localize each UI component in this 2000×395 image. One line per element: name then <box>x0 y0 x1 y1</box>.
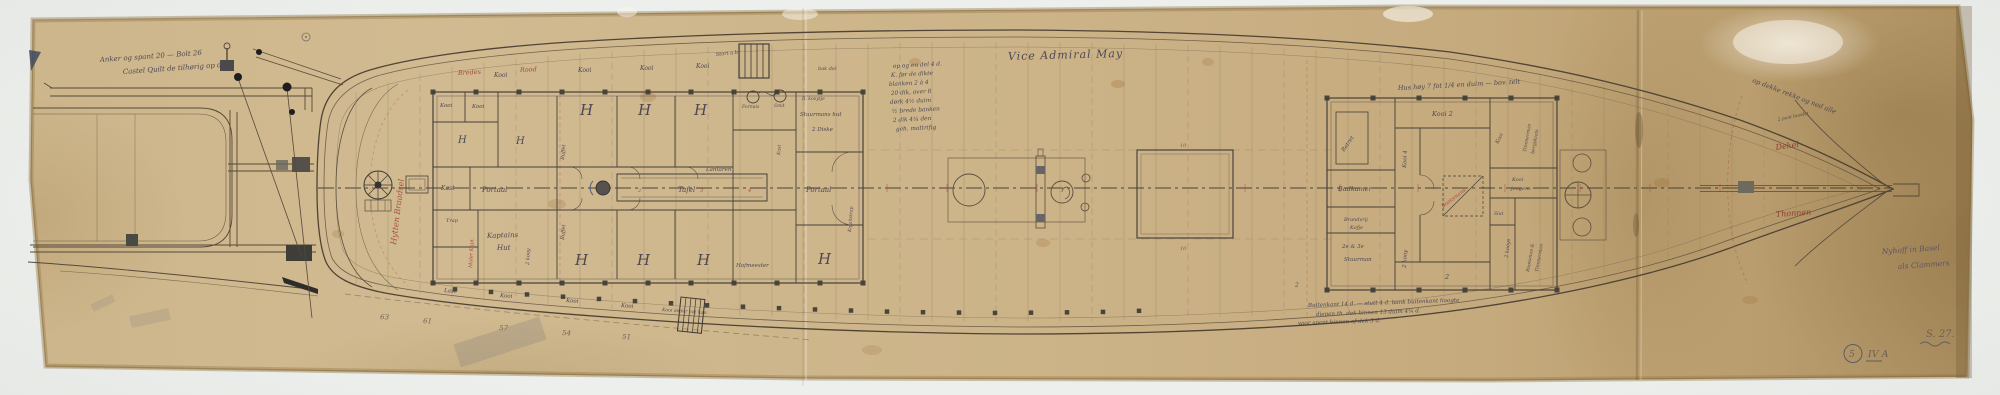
kooys2-label: 2 kooys <box>1504 238 1512 259</box>
maler-label: Maler Kapt. <box>468 237 476 269</box>
portaal-aft-label: Portaal <box>481 186 507 194</box>
stuurman-line1: 2e & 3e <box>1341 244 1365 250</box>
note-line: Buitenkant 14 d. — stutt 4 d. bank buite… <box>1307 298 1460 309</box>
bakdel-label: bak del <box>818 66 837 72</box>
berth-label: Kooi <box>577 67 592 74</box>
stove-circle <box>747 91 759 103</box>
berth-letter: H <box>574 251 589 269</box>
trap-label: Trap <box>446 218 459 224</box>
berth-letter: H <box>515 136 525 147</box>
forecastle-note: Buitenkant 14 d. — stutt 4 d. bank buite… <box>1298 298 1460 327</box>
frame-number: 54 <box>562 329 571 337</box>
hofmeester-label: Hofmeester <box>735 263 769 269</box>
captains-cabin-line2: Hut <box>496 244 511 252</box>
berth-letter: H <box>696 251 711 269</box>
frame-number: 57 <box>499 324 509 332</box>
stuurman-line2: Stuurman <box>1344 257 1372 263</box>
captains-cabin-line1: Kaptains <box>486 231 519 240</box>
main-hatch <box>1137 150 1233 238</box>
signature-line1: Nyhoff in Basel <box>1881 243 1941 256</box>
berth-label: Last <box>443 288 457 295</box>
badkamer-label: Badkamer <box>1337 185 1373 193</box>
blue-corner-mark <box>29 50 41 71</box>
note-line: dørk 4½ duim <box>890 97 932 106</box>
stern-section-detail <box>28 33 343 318</box>
berth-label: Kooi <box>565 298 579 305</box>
frame-number: 2 <box>1294 282 1299 289</box>
plan-labels: Anker og spant 20 — Bolt 26 Castel Quilt… <box>99 47 1955 360</box>
red-word-bredes: Bredes <box>457 68 482 77</box>
portaal-fwd-label: Portaal <box>805 186 831 194</box>
lantaren-label: Lantaren <box>705 167 732 173</box>
kooi4-label: Kooi 4 <box>1402 150 1409 169</box>
thonnen-label: Thonnen <box>1776 208 1812 219</box>
berth-label: Kooi <box>499 293 513 300</box>
note-line: K. før de dikte <box>890 71 934 79</box>
owner-inscription: Vice Admiral May <box>1008 47 1124 63</box>
table-mark: 3 <box>700 188 703 194</box>
note-line: 2 dik 4¼ den <box>892 115 932 124</box>
paper-edge <box>29 6 1972 380</box>
kooy2-rot-label: 2 kooy <box>525 248 532 266</box>
ship-plan-drawing: Anker og spant 20 — Bolt 26 Castel Quilt… <box>0 0 2000 395</box>
scanned-ship-plan: Anker og spant 20 — Bolt 26 Castel Quilt… <box>0 0 2000 395</box>
note-line: geh. mattrifig <box>896 125 937 133</box>
hatch-mark-bottom: 10 <box>1180 246 1187 252</box>
diske-label: 2 Diske <box>811 127 834 133</box>
kast-small-label: Kast <box>776 144 783 156</box>
note-line: voor spant binnen of dek 5 d. <box>1298 318 1381 327</box>
brandvrij-line2: Kofje <box>1349 225 1363 231</box>
berth-letter: H <box>579 101 594 119</box>
foremast-dashed-box <box>1443 176 1483 216</box>
buffet-label: Buffet <box>560 143 567 161</box>
kast-label: Kast <box>440 185 455 192</box>
bowsprit-and-bow <box>1700 96 1919 284</box>
bootsman-tim-line2: Timmerman <box>1534 243 1545 272</box>
berth-letter: H <box>637 101 652 119</box>
room-label: Kooi <box>439 103 453 109</box>
paper-stains <box>90 6 1843 386</box>
frame-number: 63 <box>380 313 390 321</box>
table-mark: 4 <box>747 188 751 194</box>
midship-note: op og en del 4 d. K. før de dikte blanke… <box>889 61 942 133</box>
note-line: ½ brede banken <box>892 105 941 115</box>
corner-note-line2: Castel Quilt de tilhørig op del <box>123 61 229 76</box>
archive-mark-shapes <box>1844 342 1950 363</box>
berth-letter: H <box>636 251 651 269</box>
sheet-number: 5 <box>1849 350 1855 360</box>
wavy-underline <box>1920 342 1950 346</box>
sheet-code: IV A <box>1867 349 1889 360</box>
red-word-rood: Rood <box>519 65 537 74</box>
skylight-grating <box>739 44 769 78</box>
kooi-right-label: Kooi <box>1494 132 1505 146</box>
frame-lines <box>356 42 1860 322</box>
kooi2-top-label: Kooi 2 <box>1431 110 1453 118</box>
bow-sheer-note: op dekke rekke og ned alle <box>1751 76 1837 115</box>
smit-label: Smit <box>774 103 785 109</box>
kooi-jongens-line2: jongens <box>1510 186 1531 192</box>
frame-number: 51 <box>622 333 631 341</box>
note-line: 20 dik, over 8 <box>890 89 932 97</box>
house-height-note: Hus høy 7 fot 1/4 en duim — bov. telt <box>1397 78 1521 92</box>
binnacle <box>406 176 428 193</box>
two-label: 2 <box>1444 273 1449 281</box>
timmerman-line2: bergplaats <box>1530 128 1540 154</box>
frame-number: 61 <box>423 317 432 325</box>
hatch-mark-top: 10 <box>1180 143 1187 149</box>
stanchions <box>431 90 1560 316</box>
bow-punt-note: 2 punt bundet <box>1776 111 1809 123</box>
berth-label: Kooi <box>493 72 508 79</box>
berth-letter: H <box>457 135 467 146</box>
tafel-label: Tafel <box>678 186 695 194</box>
slut-label: Slut <box>1494 211 1504 217</box>
note-line: op og en del 4 d. <box>893 61 942 70</box>
berth-label: Kooi <box>620 303 634 310</box>
berth-letter: H <box>817 250 832 268</box>
kooi-jongens-line1: Kooi <box>1511 177 1524 183</box>
stort-label: Stort a.b. <box>716 49 741 57</box>
berth-label: Kooi <box>695 63 710 70</box>
brandvrij-line1: Brandvrij <box>1343 217 1368 223</box>
page-reference: S. 27. <box>1926 329 1955 340</box>
stuurmans-label: Stuurmans hut <box>800 112 842 118</box>
table-mark: 2 <box>637 188 641 194</box>
buffet-label: Buffet <box>560 223 567 241</box>
kajuitstrap-label: Kajuitstrap <box>847 206 855 233</box>
kooy2-label: 2 kooy <box>1402 249 1409 269</box>
berth-label: Kooi <box>639 65 654 72</box>
windlass <box>1560 150 1606 240</box>
bootsman-tim-line1: Bootsman & <box>1525 243 1536 273</box>
berth-letter: H <box>693 101 708 119</box>
room-label: Kooi <box>471 104 485 110</box>
signature-line2: als Clammers <box>1898 258 1950 271</box>
corner-note-line1: Anker og spant 20 — Bolt 26 <box>99 49 203 64</box>
mizzen-mast <box>596 181 610 195</box>
note-line: blanken 2 à 4 <box>889 79 929 88</box>
pump-and-mainmast <box>948 149 1090 228</box>
fornuis-label: Fornuis <box>741 104 760 110</box>
kooytje-label: R. kooytje <box>801 96 825 102</box>
